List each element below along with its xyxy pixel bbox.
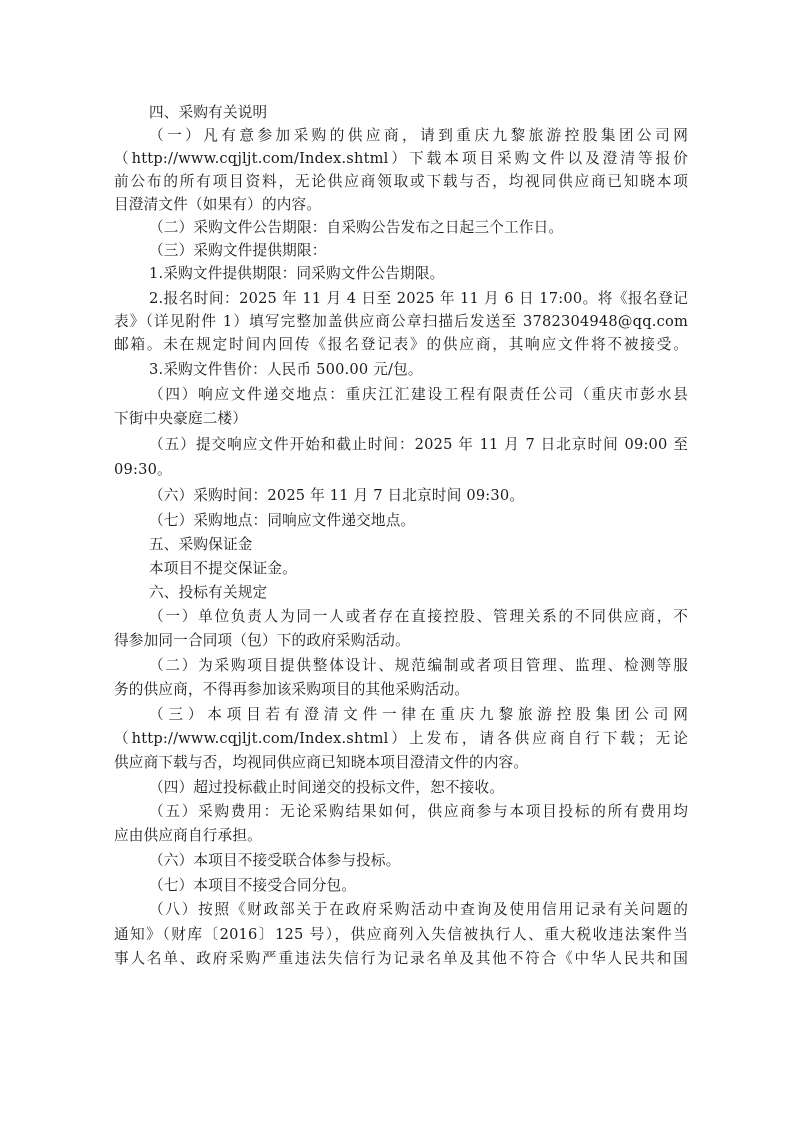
para-6-4: （四）超过投标截止时间递交的投标文件，恕不接收。: [149, 778, 504, 798]
para-4-3-3: 3.采购文件售价：人民币 500.00 元/包。: [149, 360, 423, 380]
para-4-3: （三）采购文件提供期限：: [149, 241, 327, 261]
para-6-6: （六）本项目不接受联合体参与投标。: [149, 851, 401, 871]
para-6-1-line-1: （一）单位负责人为同一人或者存在直接控股、管理关系的不同供应商，不: [149, 607, 688, 627]
para-6-3-line-2: （http://www.cqjljt.com/Index.shtml）上发布，请…: [114, 729, 688, 749]
para-4-1-line-3: 前公布的所有项目资料，无论供应商领取或下载与否，均视同供应商已知晓本项: [114, 172, 688, 192]
para-6-8-line-3: 事人名单、政府采购严重违法失信行为记录名单及其他不符合《中华人民共和国: [114, 949, 688, 969]
para-6-3-line-3: 供应商下载与否，均视同供应商已知晓本项目澄清文件的内容。: [114, 753, 528, 773]
para-4-3-2-line-2: 表》（详见附件 1）填写完整加盖供应商公章扫描后发送至 3782304948@q…: [114, 312, 688, 332]
para-4-5-line-2: 09:30。: [114, 460, 172, 480]
para-6-5-line-1: （五）采购费用：无论采购结果如何，供应商参与本项目投标的所有费用均: [149, 802, 688, 822]
para-6-1-line-2: 得参加同一合同项（包）下的政府采购活动。: [114, 631, 410, 651]
para-5-1: 本项目不提交保证金。: [149, 559, 297, 579]
document-page: 四、采购有关说明 （一）凡有意参加采购的供应商，请到重庆九黎旅游控股集团公司网 …: [0, 0, 793, 1122]
para-4-6: （六）采购时间：2025 年 11 月 7 日北京时间 09:30。: [149, 486, 524, 506]
section-heading-6: 六、投标有关规定: [149, 583, 267, 603]
para-6-3-line-1: （三）本项目若有澄清文件一律在重庆九黎旅游控股集团公司网: [149, 705, 688, 725]
para-6-8-line-1: （八）按照《财政部关于在政府采购活动中查询及使用信用记录有关问题的: [149, 900, 688, 920]
para-4-3-1: 1.采购文件提供期限：同采购文件公告期限。: [149, 264, 444, 284]
para-6-5-line-2: 应由供应商自行承担。: [114, 826, 262, 846]
para-4-5-line-1: （五）提交响应文件开始和截止时间：2025 年 11 月 7 日北京时间 09:…: [149, 435, 688, 455]
para-4-2: （二）采购文件公告期限：自采购公告发布之日起三个工作日。: [149, 218, 563, 238]
para-4-3-2-line-3: 邮箱。未在规定时间内回传《报名登记表》的供应商，其响应文件将不被接受。: [114, 335, 688, 355]
para-4-1-line-4: 目澄清文件（如果有）的内容。: [114, 195, 321, 215]
para-6-2-line-1: （二）为采购项目提供整体设计、规范编制或者项目管理、监理、检测等服: [149, 656, 688, 676]
para-4-1-line-1: （一）凡有意参加采购的供应商，请到重庆九黎旅游控股集团公司网: [149, 126, 688, 146]
para-4-1-line-2: （http://www.cqjljt.com/Index.shtml）下载本项目…: [114, 149, 688, 169]
section-heading-4: 四、采购有关说明: [149, 103, 267, 123]
para-4-7: （七）采购地点：同响应文件递交地点。: [149, 511, 415, 531]
para-4-4-line-2: 下街中央豪庭二楼）: [114, 409, 247, 429]
para-6-7: （七）本项目不接受合同分包。: [149, 876, 356, 896]
para-4-3-2-line-1: 2.报名时间：2025 年 11 月 4 日至 2025 年 11 月 6 日 …: [149, 289, 688, 309]
section-heading-5: 五、采购保证金: [149, 535, 253, 555]
para-6-2-line-2: 务的供应商，不得再参加该采购项目的其他采购活动。: [114, 680, 469, 700]
para-4-4-line-1: （四）响应文件递交地点：重庆江汇建设工程有限责任公司（重庆市彭水县: [149, 385, 688, 405]
para-6-8-line-2: 通知》（财库〔2016〕125 号），供应商列入失信被执行人、重大税收违法案件当: [114, 925, 688, 945]
